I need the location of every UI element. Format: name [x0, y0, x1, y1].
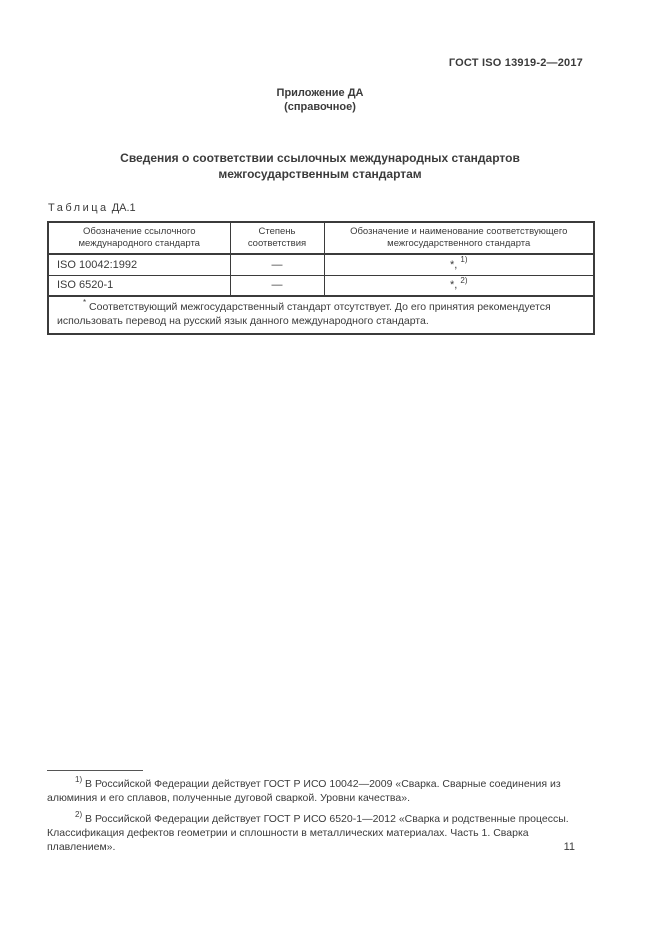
- correspondence-table: Обозначение ссылочного международного ст…: [47, 221, 595, 335]
- column-header-corresponding-standard: Обозначение и наименование соответствующ…: [324, 222, 594, 254]
- table-caption: Таблица ДА.1: [48, 202, 136, 214]
- cell-degree: —: [230, 275, 324, 296]
- footnote-1-text: В Российской Федерации действует ГОСТ Р …: [47, 778, 561, 804]
- annex-subtitle: (справочное): [47, 101, 593, 115]
- table-header-row: Обозначение ссылочного международного ст…: [48, 222, 594, 254]
- page-title: Сведения о соответствии ссылочных междун…: [47, 150, 593, 182]
- footnote-2-text: В Российской Федерации действует ГОСТ Р …: [47, 813, 569, 853]
- table-caption-number: ДА.1: [112, 202, 136, 214]
- correspondence-mark: *,: [450, 279, 460, 291]
- table-note: * Соответствующий межгосударственный ста…: [57, 300, 585, 328]
- column-header-referenced-standard: Обозначение ссылочного международного ст…: [48, 222, 230, 254]
- cell-standard: ISO 10042:1992: [48, 254, 230, 275]
- footnote-1-marker: 1): [75, 775, 82, 784]
- table-row: ISO 6520-1 — *, 2): [48, 275, 594, 296]
- column-header-degree: Степень соответствия: [230, 222, 324, 254]
- cell-degree: —: [230, 254, 324, 275]
- page-title-line1: Сведения о соответствии ссылочных междун…: [47, 150, 593, 166]
- footnotes-block: 1) В Российской Федерации действует ГОСТ…: [47, 770, 593, 861]
- page-number: 11: [564, 841, 575, 853]
- page-title-line2: межгосударственным стандартам: [47, 166, 593, 182]
- footnote-2: 2) В Российской Федерации действует ГОСТ…: [47, 812, 593, 854]
- annex-title: Приложение ДА: [47, 87, 593, 101]
- document-code: ГОСТ ISO 13919-2—2017: [47, 57, 583, 69]
- table-note-row: * Соответствующий межгосударственный ста…: [48, 296, 594, 334]
- footnote-2-marker: 2): [75, 810, 82, 819]
- footnote-1: 1) В Российской Федерации действует ГОСТ…: [47, 777, 593, 805]
- footnote-ref: 2): [460, 276, 467, 285]
- document-page: ГОСТ ISO 13919-2—2017 Приложение ДА (спр…: [0, 0, 661, 935]
- footnote-ref: 1): [460, 255, 467, 264]
- annex-heading: Приложение ДА (справочное): [47, 87, 593, 114]
- table-note-text: Соответствующий межгосударственный станд…: [57, 301, 551, 327]
- table-note-marker: *: [83, 298, 86, 307]
- table-note-cell: * Соответствующий межгосударственный ста…: [48, 296, 594, 334]
- cell-standard: ISO 6520-1: [48, 275, 230, 296]
- correspondence-mark: *,: [450, 259, 460, 271]
- table-row: ISO 10042:1992 — *, 1): [48, 254, 594, 275]
- footnote-divider: [47, 770, 143, 771]
- cell-correspondence: *, 1): [324, 254, 594, 275]
- cell-correspondence: *, 2): [324, 275, 594, 296]
- table-caption-word: Таблица: [48, 202, 109, 214]
